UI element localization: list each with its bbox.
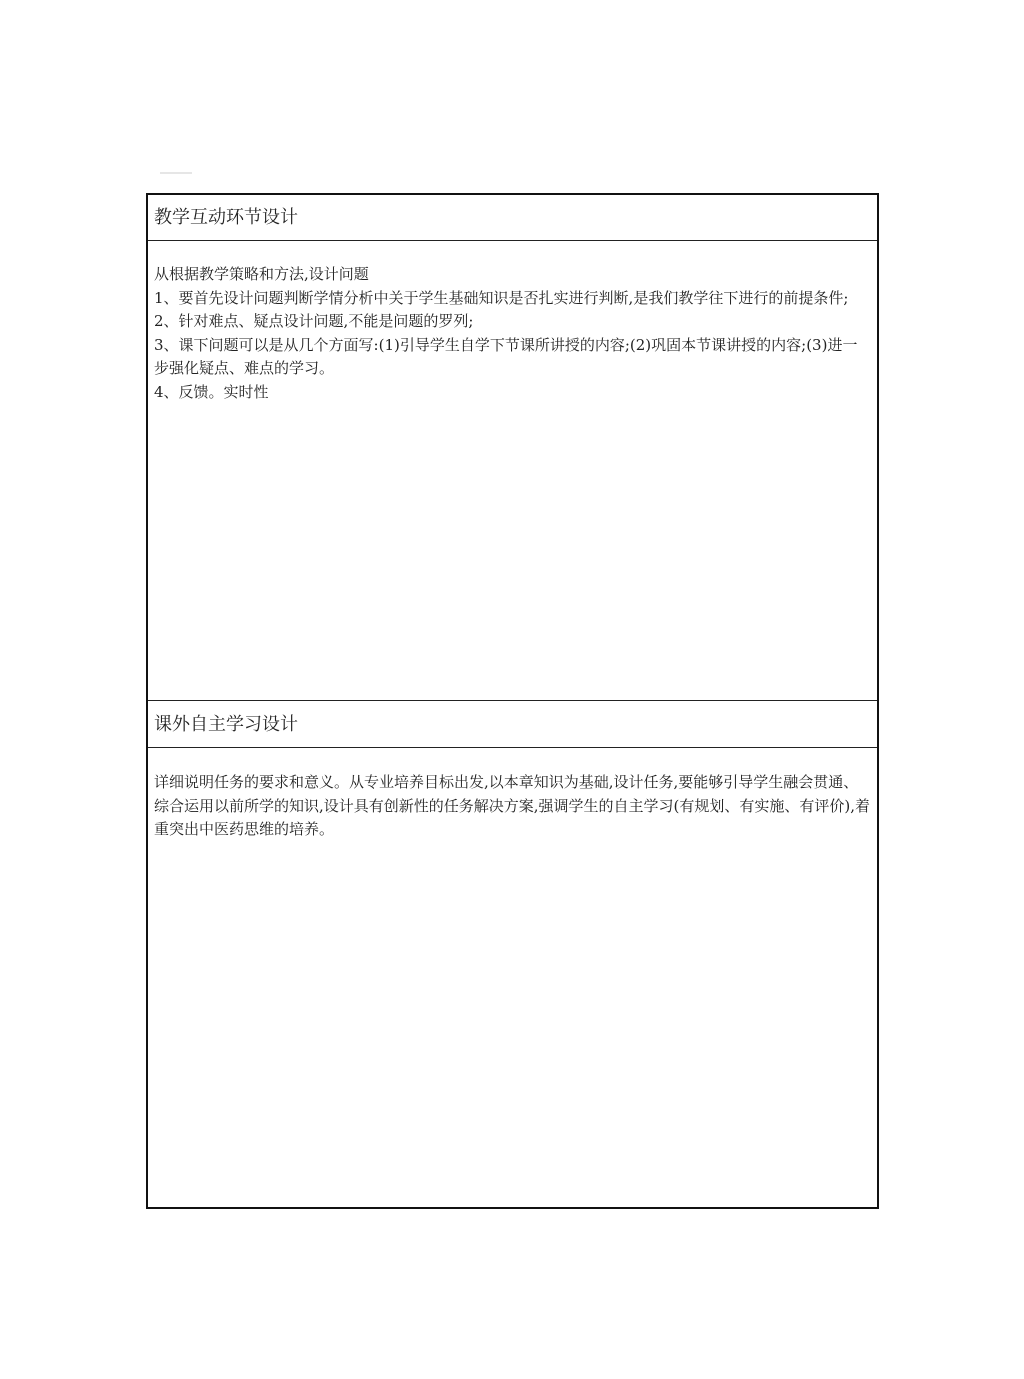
- section-body-interaction-design: 从根据教学策略和方法,设计问题 1、要首先设计问题判断学情分析中关于学生基础知识…: [148, 241, 877, 701]
- paragraph-item-4: 4、反馈。实时性: [154, 381, 871, 405]
- section-body-self-study-design: 详细说明任务的要求和意义。从专业培养目标出发,以本章知识为基础,设计任务,要能够…: [148, 749, 877, 1207]
- design-table: 教学互动环节设计 从根据教学策略和方法,设计问题 1、要首先设计问题判断学情分析…: [146, 193, 879, 1209]
- section-title-self-study-design: 课外自主学习设计: [148, 702, 877, 748]
- paragraph-item-1: 1、要首先设计问题判断学情分析中关于学生基础知识是否扎实进行判断,是我们教学往下…: [154, 287, 871, 311]
- paragraph-task-description: 详细说明任务的要求和意义。从专业培养目标出发,以本章知识为基础,设计任务,要能够…: [154, 771, 871, 842]
- paragraph-intro: 从根据教学策略和方法,设计问题: [154, 263, 871, 287]
- section-title-interaction-design: 教学互动环节设计: [148, 195, 877, 241]
- paragraph-item-2: 2、针对难点、疑点设计问题,不能是问题的罗列;: [154, 310, 871, 334]
- scan-mark: [160, 172, 192, 174]
- paragraph-item-3: 3、课下问题可以是从几个方面写:(1)引导学生自学下节课所讲授的内容;(2)巩固…: [154, 334, 871, 381]
